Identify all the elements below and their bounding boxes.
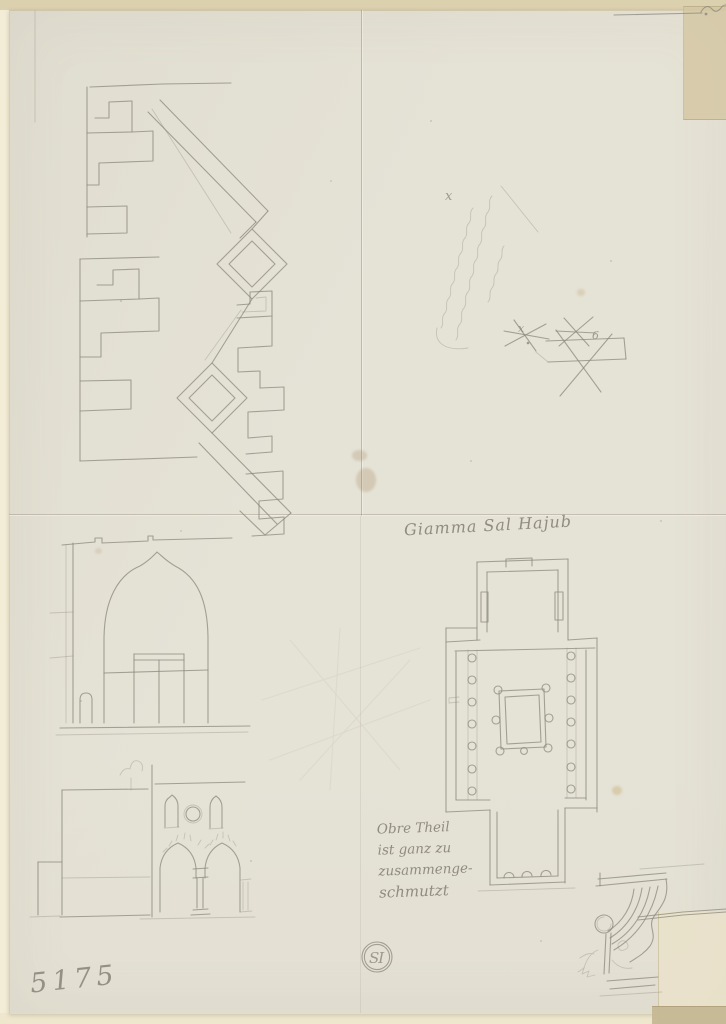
mount-bottom-edge [0, 1013, 726, 1024]
mount-top-edge [0, 0, 726, 10]
drawing-sheet [9, 10, 726, 1014]
drawing-scan: x x 6 [0, 0, 726, 1024]
